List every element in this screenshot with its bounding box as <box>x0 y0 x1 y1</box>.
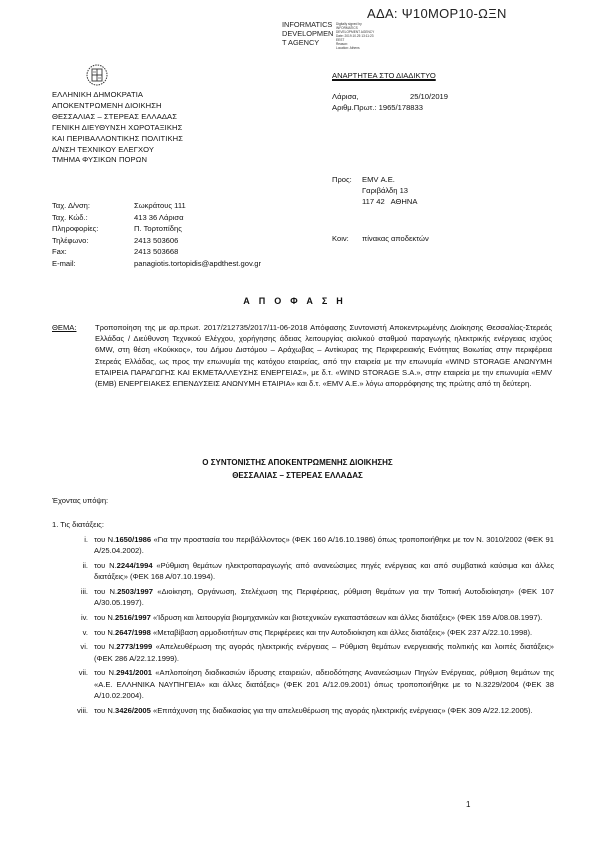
law-number: 2244/1994 <box>117 561 153 570</box>
item-number: iii. <box>62 586 94 609</box>
protocol-row: Αριθμ.Πρωτ.: 1965/178833 <box>332 103 448 114</box>
digital-signature-meta: Digitally signed by INFORMATICS DEVELOPM… <box>336 22 396 50</box>
date-row: Λάρισα, 25/10/2019 <box>332 92 448 103</box>
item-number: ii. <box>62 560 94 583</box>
contact-value: 2413 503668 <box>134 246 178 258</box>
authority-heading: Ο ΣΥΝΤΟΝΙΣΤΗΣ ΑΠΟΚΕΝΤΡΩΜΕΝΗΣ ΔΙΟΙΚΗΣΗΣ Θ… <box>0 456 595 482</box>
ada-identifier: ΑΔΑ: Ψ10ΜΟΡ10-ΩΞΝ <box>367 6 507 21</box>
email-link[interactable]: panagiotis.tortopidis@apdthest.gov.gr <box>134 258 261 270</box>
contact-label: Πληροφορίες: <box>52 223 134 235</box>
decision-title: ΑΠΟΦΑΣΗ <box>0 296 595 306</box>
law-prefix: του Ν. <box>94 587 117 596</box>
issuer-block: ΕΛΛΗΝΙΚΗ ΔΗΜΟΚΡΑΤΙΑ ΑΠΟΚΕΝΤΡΩΜΕΝΗ ΔΙΟΙΚΗ… <box>52 90 183 166</box>
contact-value: 413 36 Λάρισα <box>134 212 183 224</box>
law-prefix: του Ν. <box>94 668 116 677</box>
contact-block: Ταχ. Δ/νση:Σωκράτους 111 Ταχ. Κώδ.:413 3… <box>52 200 261 270</box>
law-prefix: του Ν. <box>94 642 116 651</box>
item-number: vi. <box>62 641 94 664</box>
law-number: 2773/1999 <box>116 642 152 651</box>
law-text: «Διοίκηση, Οργάνωση, Στελέχωση της Περιφ… <box>94 587 554 607</box>
item-number: v. <box>62 627 94 638</box>
date-value: 25/10/2019 <box>390 92 448 103</box>
contact-label: Ταχ. Δ/νση: <box>52 200 134 212</box>
issuer-line: ΚΑΙ ΠΕΡΙΒΑΛΛΟΝΤΙΚΗΣ ΠΟΛΙΤΙΚΗΣ <box>52 134 183 145</box>
subject-label: ΘΕΜΑ: <box>52 322 95 389</box>
issuer-line: ΕΛΛΗΝΙΚΗ ΔΗΜΟΚΡΑΤΙΑ <box>52 90 183 101</box>
signature-meta-line: Location: Athens <box>336 46 396 50</box>
signature-org-line: DEVELOPMEN <box>282 29 333 38</box>
law-prefix: του Ν. <box>94 628 115 637</box>
subject-text: Τροποποίηση της με αρ.πρωτ. 2017/212735/… <box>95 322 552 389</box>
law-text: «Για την προστασία του περιβάλλοντος» (Φ… <box>94 535 554 555</box>
contact-label: E-mail: <box>52 258 134 270</box>
signature-org-line: T AGENCY <box>282 38 333 47</box>
digital-signature-org: INFORMATICS DEVELOPMEN T AGENCY <box>282 20 333 47</box>
contact-label: Ταχ. Κώδ.: <box>52 212 134 224</box>
list-item: viii.του Ν.3426/2005 «Επιτάχυνση της δια… <box>62 705 554 716</box>
law-prefix: του Ν. <box>94 706 115 715</box>
law-text: «Απελευθέρωση της αγοράς ηλεκτρικής ενέρ… <box>94 642 554 662</box>
cc-value: πίνακας αποδεκτών <box>362 234 429 243</box>
section-title: 1. Τις διατάξεις: <box>52 520 104 529</box>
greek-emblem-icon <box>86 63 108 87</box>
list-item: vii.του Ν.2941/2001 «Απλοποίηση διαδικασ… <box>62 667 554 701</box>
publish-notice: ΑΝΑΡΤΗΤΕΑ ΣΤΟ ΔΙΑΔΙΚΤΥΟ <box>332 71 436 80</box>
list-item: iv.του Ν.2516/1997 «Ίδρυση και λειτουργί… <box>62 612 554 623</box>
place-label: Λάρισα, <box>332 92 390 103</box>
protocol-number: 1965/178833 <box>377 103 423 114</box>
list-item: ii.του Ν.2244/1994 «Ρύθμιση θεμάτων ηλεκ… <box>62 560 554 583</box>
law-text: «Ίδρυση και λειτουργία βιομηχανικών και … <box>151 613 542 622</box>
item-number: viii. <box>62 705 94 716</box>
cc-label: Κοιν: <box>332 234 362 243</box>
laws-list: i.του Ν.1650/1986 «Για την προστασία του… <box>62 534 554 719</box>
contact-value: Σωκράτους 111 <box>134 200 186 212</box>
law-text: «Μεταβίβαση αρμοδιοτήτων στις Περιφέρειε… <box>151 628 532 637</box>
recipient-line: EMV Α.Ε. <box>362 174 395 185</box>
signature-org-line: INFORMATICS <box>282 20 333 29</box>
issuer-line: ΓΕΝΙΚΗ ΔΙΕΥΘΥΝΣΗ ΧΩΡΟΤΑΞΙΚΗΣ <box>52 123 183 134</box>
contact-value: Π. Τορτοπίδης <box>134 223 182 235</box>
list-item: v.του Ν.2647/1998 «Μεταβίβαση αρμοδιοτήτ… <box>62 627 554 638</box>
page-number: 1 <box>466 800 470 809</box>
having-in-view: Έχοντας υπόψη: <box>52 496 108 505</box>
item-number: i. <box>62 534 94 557</box>
subject-block: ΘΕΜΑ: Τροποποίηση της με αρ.πρωτ. 2017/2… <box>52 322 552 389</box>
recipient-line: Γαριβάλδη 13 <box>362 185 408 196</box>
recipient-line: 117 42 ΑΘΗΝΑ <box>362 196 417 207</box>
list-item: iii.του Ν.2503/1997 «Διοίκηση, Οργάνωση,… <box>62 586 554 609</box>
issuer-line: ΤΜΗΜΑ ΦΥΣΙΚΩΝ ΠΟΡΩΝ <box>52 155 183 166</box>
contact-value: 2413 503606 <box>134 235 178 247</box>
to-label: Προς: <box>332 174 362 185</box>
law-prefix: του Ν. <box>94 613 115 622</box>
item-number: iv. <box>62 612 94 623</box>
law-number: 2941/2001 <box>116 668 152 677</box>
law-prefix: του Ν. <box>94 561 117 570</box>
law-text: «Ρύθμιση θεμάτων ηλεκτροπαραγωγής από αν… <box>94 561 554 581</box>
list-item: i.του Ν.1650/1986 «Για την προστασία του… <box>62 534 554 557</box>
law-number: 1650/1986 <box>115 535 151 544</box>
law-number: 2516/1997 <box>115 613 151 622</box>
recipient-block: Προς:EMV Α.Ε. Γαριβάλδη 13 117 42 ΑΘΗΝΑ <box>332 174 417 207</box>
contact-label: Τηλέφωνο: <box>52 235 134 247</box>
authority-line: ΘΕΣΣΑΛΙΑΣ – ΣΤΕΡΕΑΣ ΕΛΛΑΔΑΣ <box>0 469 595 482</box>
document-meta: Λάρισα, 25/10/2019 Αριθμ.Πρωτ.: 1965/178… <box>332 92 448 113</box>
list-item: vi.του Ν.2773/1999 «Απελευθέρωση της αγο… <box>62 641 554 664</box>
item-number: vii. <box>62 667 94 701</box>
law-prefix: του Ν. <box>94 535 115 544</box>
cc-row: Κοιν: πίνακας αποδεκτών <box>332 234 429 243</box>
issuer-line: ΘΕΣΣΑΛΙΑΣ – ΣΤΕΡΕΑΣ ΕΛΛΑΔΑΣ <box>52 112 183 123</box>
protocol-label: Αριθμ.Πρωτ.: <box>332 103 377 114</box>
law-text: «Απλοποίηση διαδικασιών ίδρυσης εταιρειώ… <box>94 668 554 700</box>
authority-line: Ο ΣΥΝΤΟΝΙΣΤΗΣ ΑΠΟΚΕΝΤΡΩΜΕΝΗΣ ΔΙΟΙΚΗΣΗΣ <box>0 456 595 469</box>
law-number: 3426/2005 <box>115 706 151 715</box>
issuer-line: Δ/ΝΣΗ ΤΕΧΝΙΚΟΥ ΕΛΕΓΧΟΥ <box>52 145 183 156</box>
contact-label: Fax: <box>52 246 134 258</box>
issuer-line: ΑΠΟΚΕΝΤΡΩΜΕΝΗ ΔΙΟΙΚΗΣΗ <box>52 101 183 112</box>
law-text: «Επιτάχυνση της διαδικασίας για την απελ… <box>151 706 533 715</box>
law-number: 2647/1998 <box>115 628 151 637</box>
law-number: 2503/1997 <box>117 587 153 596</box>
